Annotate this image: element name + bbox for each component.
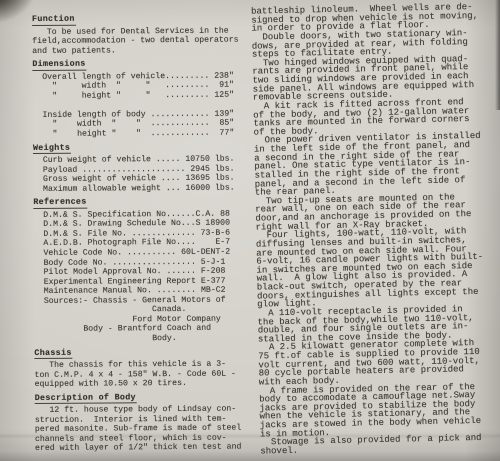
chassis-heading: Chassis: [34, 348, 72, 359]
paragraph: Four lights, 100-watt, 110-volt, with di…: [256, 227, 500, 310]
section-dimensions: Dimensions Overall length of vehicle....…: [32, 59, 249, 140]
section-chassis: Chassis The chassis for this vehicle is …: [34, 347, 250, 390]
description-of-body-heading: Description of Body: [35, 393, 137, 404]
section-description-of-body: Description of Body 12 ft. house type bo…: [35, 392, 251, 454]
section-weights: Weights Curb weight of vehicle ..... 107…: [33, 142, 249, 194]
weights-heading: Weights: [33, 143, 71, 154]
weights-table: Curb weight of vehicle ..... 10750 lbs. …: [33, 155, 249, 195]
references-heading: References: [33, 198, 87, 209]
paragraph: A frame is provided on the rear of the b…: [259, 382, 500, 439]
paragraph: One power driven ventilator is installed…: [254, 132, 500, 198]
references-list: D.M.& S. Specification No......C.A. 88 D…: [33, 209, 250, 344]
section-function: Function To be used for Dental Services …: [32, 13, 248, 56]
description-of-body-text: 12 ft. house type body of Lindsay con- s…: [35, 405, 251, 454]
paragraph: A 2.5 kilowatt generator complete with 7…: [258, 339, 500, 387]
function-text: To be used for Dental Services in the fi…: [32, 26, 248, 56]
scanned-spec-page: Function To be used for Dental Services …: [0, 0, 500, 461]
paragraph: Two hinged windows equipped with quad- r…: [252, 54, 500, 102]
left-column: Function To be used for Dental Services …: [32, 13, 251, 457]
chassis-text: The chassis for this vehicle is a 3- ton…: [34, 360, 250, 390]
dimensions-heading: Dimensions: [32, 60, 86, 71]
dimensions-table: Overall length of vehicle......... 238" …: [32, 71, 248, 139]
function-heading: Function: [32, 15, 76, 26]
right-column: battleship linoleum. Wheel wells are de-…: [251, 2, 500, 456]
section-references: References D.M.& S. Specification No....…: [33, 197, 250, 345]
